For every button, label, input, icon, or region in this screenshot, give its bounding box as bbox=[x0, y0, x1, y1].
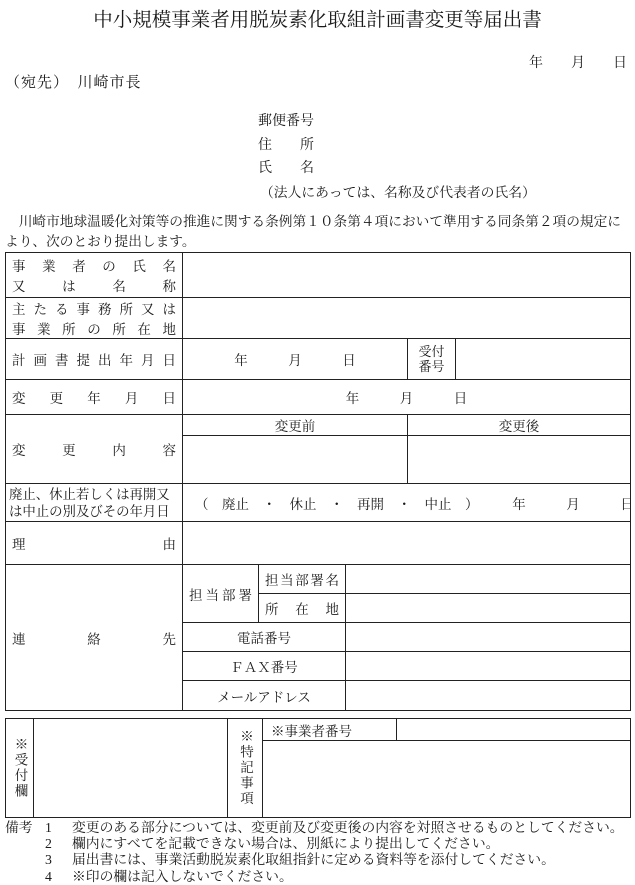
receipt-number-label: 受付 番号 bbox=[408, 339, 456, 380]
business-name-input[interactable] bbox=[183, 253, 631, 298]
department-label: 担当部署 bbox=[183, 565, 259, 623]
department-name-input[interactable] bbox=[346, 565, 631, 594]
reason-input[interactable] bbox=[183, 522, 631, 565]
change-date-label: 変更年月日 bbox=[6, 380, 183, 415]
special-notes-label: ※特記事項 bbox=[228, 719, 263, 818]
department-address-label: 所在地 bbox=[259, 594, 346, 623]
remark-text: ※印の欄は記入しないでください。 bbox=[72, 869, 632, 885]
change-date-input[interactable]: 年 月 日 bbox=[183, 380, 631, 415]
phone-label: 電話番号 bbox=[183, 623, 346, 652]
after-change-input[interactable] bbox=[408, 436, 631, 484]
remark-text: 届出書には、事業活動脱炭素化取組指針に定める資料等を添付してください。 bbox=[72, 852, 632, 868]
remark-text: 欄内にすべてを記載できない場合は、別紙により提出してください。 bbox=[72, 836, 632, 852]
business-number-area bbox=[397, 719, 631, 741]
remark-row: 備考 1 変更のある部分については、変更前及び変更後の内容を対照させるものとして… bbox=[5, 820, 632, 836]
department-name-label: 担当部署名 bbox=[259, 565, 346, 594]
abolition-label: 廃止、休止若しくは再開又 は中止の別及びその年月日 bbox=[6, 484, 183, 522]
applicant-block: 郵便番号 住 所 氏 名 bbox=[258, 110, 314, 181]
corporate-note: （法人にあっては、名称及び代表者の氏名） bbox=[260, 181, 536, 201]
abolition-selection-input[interactable]: （ 廃止 ・ 休止 ・ 再開 ・ 中止 ） 年 月 日 bbox=[183, 484, 631, 522]
fax-input[interactable] bbox=[346, 652, 631, 681]
reception-column-label: ※受付欄 bbox=[6, 719, 34, 818]
department-address-input[interactable] bbox=[346, 594, 631, 623]
before-change-header: 変更前 bbox=[183, 415, 408, 436]
special-notes-area bbox=[263, 741, 631, 818]
plan-submission-date-label: 計画書提出年月日 bbox=[6, 339, 183, 380]
office-location-input[interactable] bbox=[183, 298, 631, 339]
after-change-header: 変更後 bbox=[408, 415, 631, 436]
name-label: 氏 名 bbox=[258, 157, 314, 181]
remark-number: 1 bbox=[45, 820, 72, 836]
form-title: 中小規模事業者用脱炭素化取組計画書変更等届出書 bbox=[0, 4, 635, 32]
remark-row: 4 ※印の欄は記入しないでください。 bbox=[5, 869, 632, 885]
address-label: 住 所 bbox=[258, 134, 314, 158]
before-change-input[interactable] bbox=[183, 436, 408, 484]
form-page: 中小規模事業者用脱炭素化取組計画書変更等届出書 年 月 日 （宛先） 川崎市長 … bbox=[0, 0, 635, 885]
remark-row: 2 欄内にすべてを記載できない場合は、別紙により提出してください。 bbox=[5, 836, 632, 852]
intro-paragraph: 川崎市地球温暖化対策等の推進に関する条例第１０条第４項において準用する同条第２項… bbox=[5, 212, 632, 251]
change-content-label: 変更内容 bbox=[6, 415, 183, 484]
reason-label: 理 由 bbox=[6, 522, 183, 565]
contact-label: 連 絡 先 bbox=[6, 565, 183, 711]
postal-code-label: 郵便番号 bbox=[258, 110, 314, 134]
fax-label: ＦＡＸ番号 bbox=[183, 652, 346, 681]
phone-input[interactable] bbox=[346, 623, 631, 652]
receipt-number-input[interactable] bbox=[456, 339, 631, 380]
email-input[interactable] bbox=[346, 681, 631, 711]
email-label: メールアドレス bbox=[183, 681, 346, 711]
remark-number: 2 bbox=[45, 836, 72, 852]
remark-row: 3 届出書には、事業活動脱炭素化取組指針に定める資料等を添付してください。 bbox=[5, 852, 632, 868]
main-form-table: 事業者の氏名 又は名称 主たる事務所又は 事業所の所在地 計画書提出年月日 年 … bbox=[5, 252, 631, 711]
addressee-line: （宛先） 川崎市長 bbox=[5, 71, 142, 92]
business-number-label: ※事業者番号 bbox=[263, 719, 397, 741]
reception-stamp-area bbox=[34, 719, 228, 818]
office-location-label: 主たる事務所又は 事業所の所在地 bbox=[6, 298, 183, 339]
remark-number: 3 bbox=[45, 852, 72, 868]
remarks-block: 備考 1 変更のある部分については、変更前及び変更後の内容を対照させるものとして… bbox=[5, 820, 632, 885]
plan-submission-date-input[interactable]: 年 月 日 bbox=[183, 339, 408, 380]
remark-text: 変更のある部分については、変更前及び変更後の内容を対照させるものとしてください。 bbox=[72, 820, 632, 836]
remarks-label: 備考 bbox=[5, 820, 45, 836]
submission-date-line: 年 月 日 bbox=[0, 52, 627, 72]
remark-number: 4 bbox=[45, 869, 72, 885]
business-name-label: 事業者の氏名 又は名称 bbox=[6, 253, 183, 298]
office-use-table: ※受付欄 ※特記事項 ※事業者番号 bbox=[5, 718, 631, 818]
